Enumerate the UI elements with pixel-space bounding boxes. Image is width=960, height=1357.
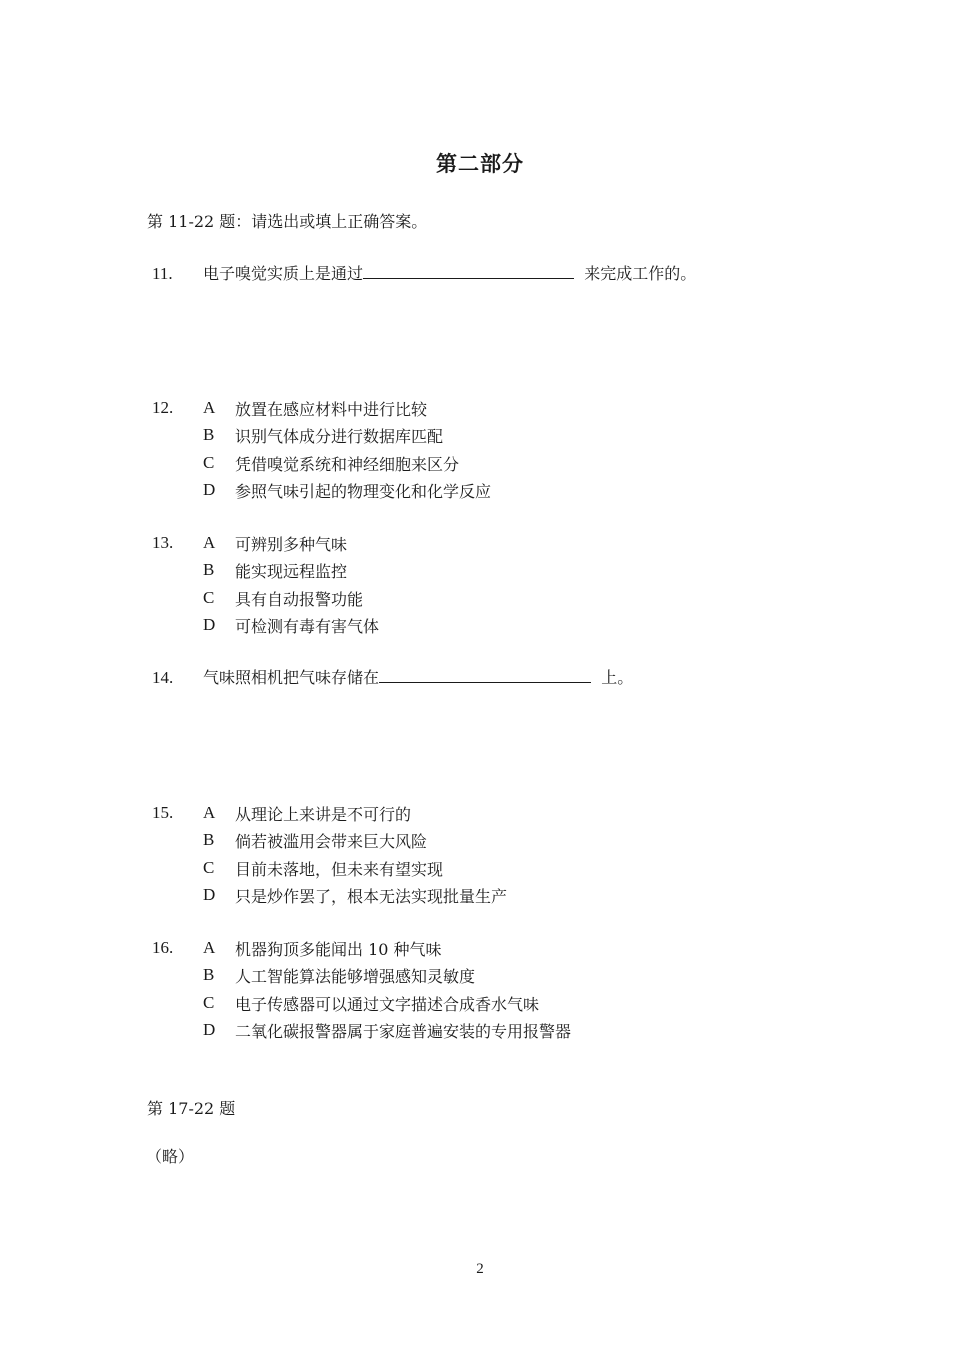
- option-letter: D: [203, 885, 215, 905]
- option-letter: D: [203, 615, 215, 635]
- option-text: 具有自动报警功能: [235, 587, 363, 610]
- option-letter: D: [203, 1020, 215, 1040]
- section-title: 第二部分: [0, 148, 960, 178]
- option-text: 只是炒作罢了，根本无法实现批量生产: [235, 884, 507, 907]
- section-17-22-label: 第 17-22 题: [147, 1096, 235, 1119]
- option-text: 能实现远程监控: [235, 559, 347, 582]
- section-17-22-note: （略）: [146, 1144, 194, 1167]
- question-text-before: 气味照相机把气味存储在: [203, 668, 379, 687]
- option-text: 可检测有毒有害气体: [235, 614, 379, 637]
- page-number: 2: [0, 1261, 960, 1278]
- question-number: 11.: [152, 264, 173, 284]
- question-number: 15.: [152, 803, 173, 823]
- question-number: 12.: [152, 398, 173, 418]
- question-number: 13.: [152, 533, 173, 553]
- option-letter: A: [203, 533, 215, 553]
- option-letter: B: [203, 425, 214, 445]
- option-letter: C: [203, 453, 214, 473]
- option-text: 放置在感应材料中进行比较: [235, 397, 427, 420]
- question-number: 16.: [152, 938, 173, 958]
- question-text-after: 来完成工作的。: [584, 264, 696, 283]
- option-text: 从理论上来讲是不可行的: [235, 802, 411, 825]
- question-text: 电子嗅觉实质上是通过 来完成工作的。: [203, 261, 696, 284]
- option-letter: B: [203, 560, 214, 580]
- option-letter: D: [203, 480, 215, 500]
- option-text: 人工智能算法能够增强感知灵敏度: [235, 964, 475, 987]
- option-text: 目前未落地，但未来有望实现: [235, 857, 443, 880]
- option-text: 二氧化碳报警器属于家庭普遍安装的专用报警器: [235, 1019, 571, 1042]
- option-text: 电子传感器可以通过文字描述合成香水气味: [235, 992, 539, 1015]
- option-letter: A: [203, 938, 215, 958]
- option-letter: B: [203, 830, 214, 850]
- option-letter: A: [203, 398, 215, 418]
- option-letter: C: [203, 993, 214, 1013]
- option-text: 机器狗顶多能闻出 10 种气味: [235, 937, 442, 960]
- answer-blank[interactable]: [363, 262, 574, 279]
- instructions: 第 11-22 题：请选出或填上正确答案。: [147, 209, 427, 232]
- question-text-before: 电子嗅觉实质上是通过: [203, 264, 363, 283]
- option-letter: C: [203, 588, 214, 608]
- option-text: 倘若被滥用会带来巨大风险: [235, 829, 427, 852]
- option-text: 凭借嗅觉系统和神经细胞来区分: [235, 452, 459, 475]
- question-text: 气味照相机把气味存储在 上。: [203, 665, 633, 688]
- answer-blank[interactable]: [379, 666, 591, 683]
- question-text-after: 上。: [601, 668, 633, 687]
- question-number: 14.: [152, 668, 173, 688]
- option-letter: A: [203, 803, 215, 823]
- option-text: 可辨别多种气味: [235, 532, 347, 555]
- option-letter: B: [203, 965, 214, 985]
- option-text: 识别气体成分进行数据库匹配: [235, 424, 443, 447]
- option-letter: C: [203, 858, 214, 878]
- option-text: 参照气味引起的物理变化和化学反应: [235, 479, 491, 502]
